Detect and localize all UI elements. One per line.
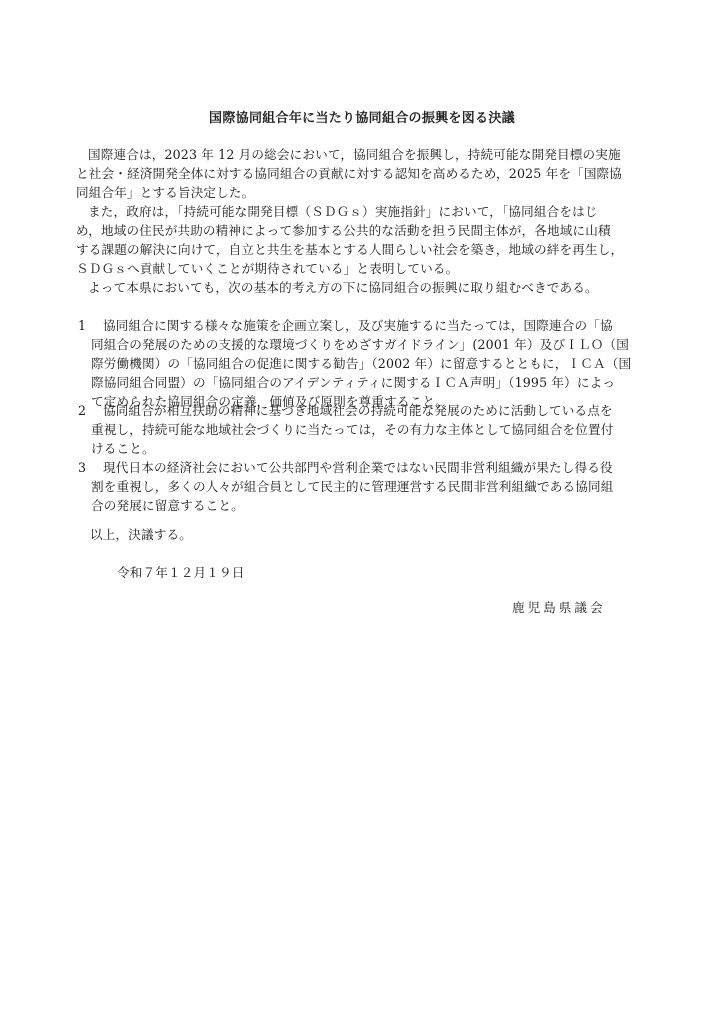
- document-page: 国際協同組合年に当たり協同組合の振興を図る決議 国際連合は，2023 年 12 …: [0, 0, 724, 1024]
- preamble-p1-line-2: と社会・経済開発全体に対する協同組合の貢献に対する認知を高めるため，2025 年…: [76, 164, 622, 183]
- item-2-line-1: 協同組合が相互扶助の精神に基づき地域社会の持続可能な発展のために活動している点を: [103, 401, 613, 420]
- document-title: 国際協同組合年に当たり協同組合の振興を図る決議: [0, 107, 724, 126]
- item-1-line-4: 際協同組合同盟）の「協同組合のアイデンティティに関するＩＣＡ声明」（1995 年…: [91, 373, 615, 392]
- preamble-p2-line-4: ＳＤＧｓへ貢献していくことが期待されている」と表明している。: [76, 259, 458, 278]
- item-1-line-2: 同組合の発展のための支援的な環境づくりをめざすガイドライン」(2001 年）及び…: [91, 335, 629, 354]
- item-3-line-3: 合の発展に留意すること。: [91, 496, 244, 515]
- item-2-number: 2: [78, 401, 86, 420]
- item-3-number: 3: [78, 458, 86, 477]
- closing-statement: 以上，決議する。: [90, 525, 192, 544]
- preamble-p2-line-3: する課題の解決に向けて，自立と共生を基本とする人間らしい社会を築き，地域の絆を再…: [76, 240, 623, 259]
- preamble-p1-line-3: 同組合年」とする旨決定した。: [76, 183, 254, 202]
- item-2-line-3: けること。: [91, 439, 155, 458]
- signer-name: 鹿児島県議会: [512, 597, 606, 616]
- resolution-date: 令和７年１２月１９日: [117, 563, 244, 582]
- item-3-line-1: 現代日本の経済社会において公共部門や営利企業ではない民間非営利組織が果たし得る役: [103, 458, 613, 477]
- item-1-line-3: 際労働機関）の「協同組合の促進に関する勧告」（2002 年）に留意するとともに，…: [91, 354, 631, 373]
- item-3-line-2: 割を重視し，多くの人々が組合員として民主的に管理運営する民間非営利組織である協同…: [91, 477, 614, 496]
- preamble-p1-line-1: 国際連合は，2023 年 12 月の総会において，協同組合を振興し，持続可能な開…: [88, 145, 621, 164]
- preamble-p3-line-1: よって本県においても，次の基本的考え方の下に協同組合の振興に取り組むべきである。: [88, 278, 598, 297]
- item-1-line-1: 協同組合に関する様々な施策を企画立案し，及び実施するに当たっては，国際連合の「協: [103, 316, 613, 335]
- preamble-p2-line-2: め，地域の住民が共助の精神によって参加する公共的な活動を担う民間主体が，各地域に…: [76, 221, 611, 240]
- item-2-line-2: 重視し，持続可能な地域社会づくりに当たっては，その有力な主体として協同組合を位置…: [91, 420, 614, 439]
- preamble-p2-line-1: また，政府は，「持続可能な開発目標（ＳＤＧｓ）実施指針」において，「協同組合をは…: [88, 202, 598, 221]
- item-1-number: 1: [78, 316, 86, 335]
